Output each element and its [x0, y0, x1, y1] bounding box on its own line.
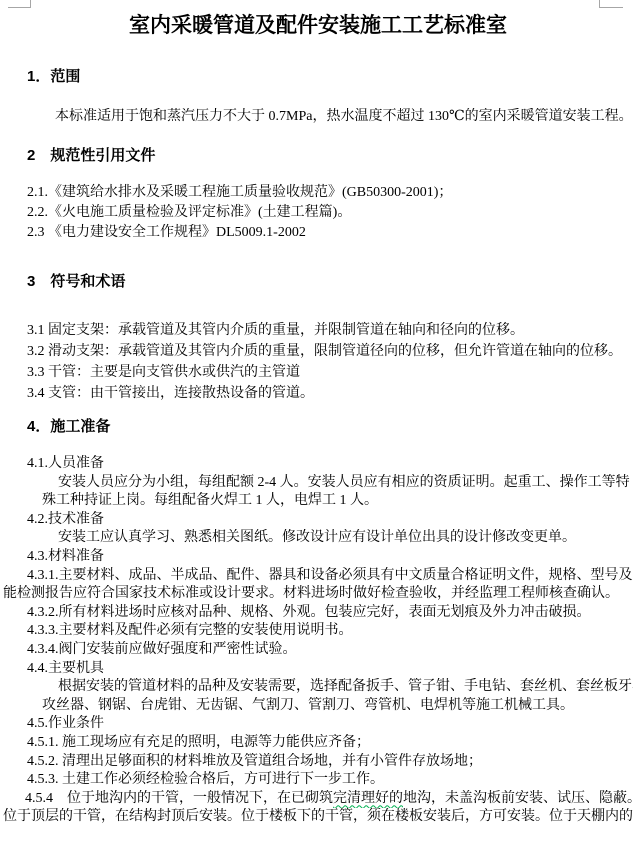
section-2-heading: 2 规范性引用文件	[27, 147, 633, 165]
list-item-4-3: 4.3.材料准备	[27, 548, 633, 567]
section-3-heading: 3 符号和术语	[27, 273, 633, 291]
document-content: 室内采暖管道及配件安装施工工艺标准室 1．范围 本标准适用于饱和蒸汽压力不大于 …	[0, 0, 636, 827]
list-item-4-5-2: 4.5.2. 清理出足够面积的材料堆放及管道组合场地，并有小管件存放场地；	[27, 753, 633, 772]
list-item-4-1: 4.1.人员准备	[27, 455, 633, 474]
term-item: 3.3 干管：主要是向支管供水或供汽的主管道	[27, 362, 633, 383]
section-1-heading: 1．范围	[27, 68, 633, 86]
term-item: 3.4 支管：由干管接出，连接散热设备的管道。	[27, 383, 633, 404]
list-item-4-5-4-text: 4.5.4 位于地沟内的干管，一般情况下，在已砌筑	[25, 791, 333, 806]
paragraph-4-1-line: 殊工种持证上岗。每组配备火焊工 1 人，电焊工 1 人。	[42, 492, 633, 511]
list-item-4-5-4-line: 4.5.4 位于地沟内的干管，一般情况下，在已砌筑完清理好的地沟，未盖沟板前安装…	[25, 790, 633, 809]
list-item-4-5-4-line: 位于顶层的干管，在结构封顶后安装。位于楼板下的干管，须在楼板安装后，方可安装。位…	[3, 808, 633, 827]
list-item-4-3-4: 4.3.4.阀门安装前应做好强度和严密性试验。	[27, 641, 633, 660]
term-item: 3.2 滑动支架：承载管道及其管内介质的重量，限制管道径向的位移，但允许管道在轴…	[27, 341, 633, 362]
section-4-body: 4.1.人员准备 安装人员应分为小组，每组配额 2-4 人。安装人员应有相应的资…	[3, 455, 633, 827]
section-1-body: 本标准适用于饱和蒸汽压力不大于 0.7MPa，热水温度不超过 130℃的室内采暖…	[55, 108, 633, 126]
paragraph-4-1-line: 安装人员应分为小组，每组配额 2-4 人。安装人员应有相应的资质证明。起重工、操…	[58, 474, 633, 493]
section-2-reference-list: 2.1.《建筑给水排水及采暖工程施工质量验收规范》(GB50300-2001)；…	[3, 183, 633, 243]
paragraph-4-4-line: 根据安装的管道材料的品种及安装需要，选择配备扳手、管子钳、手电钻、套丝机、套丝板…	[58, 678, 633, 697]
document-title: 室内采暖管道及配件安装施工工艺标准室	[3, 14, 633, 38]
list-item-4-3-3: 4.3.3.主要材料及配件必须有完整的安装使用说明书。	[27, 622, 633, 641]
section-3-term-list: 3.1 固定支架：承载管道及其管内介质的重量，并限制管道在轴向和径向的位移。 3…	[3, 320, 633, 404]
list-item-4-3-1-line: 4.3.1.主要材料、成品、半成品、配件、器具和设备必须具有中文质量合格证明文件…	[27, 567, 633, 586]
list-item-4-5-4-text: 地沟，未盖沟板前安装、试压、隐蔽。	[403, 791, 633, 806]
list-item-4-2: 4.2.技术准备	[27, 511, 633, 530]
list-item-4-3-1-line: 能检测报告应符合国家技术标准或设计要求。材料进场时做好检查验收，并经监理工程师核…	[3, 585, 633, 604]
reference-item: 2.2.《火电施工质量检验及评定标准》(土建工程篇)。	[27, 203, 633, 223]
reference-item: 2.3 《电力建设安全工作规程》DL5009.1-2002	[27, 223, 633, 243]
reference-item: 2.1.《建筑给水排水及采暖工程施工质量验收规范》(GB50300-2001)；	[27, 183, 633, 203]
paragraph-4-2-line: 安装工应认真学习、熟悉相关图纸。修改设计应有设计单位出具的设计修改变更单。	[58, 529, 633, 548]
paragraph-4-4-line: 攻丝器、钢锯、台虎钳、无齿锯、气割刀、管割刀、弯管机、电焊机等施工机械工具。	[42, 697, 633, 716]
list-item-4-5-1: 4.5.1. 施工现场应有充足的照明，电源等力能供应齐备；	[27, 734, 633, 753]
term-item: 3.1 固定支架：承载管道及其管内介质的重量，并限制管道在轴向和径向的位移。	[27, 320, 633, 341]
list-item-4-3-2: 4.3.2.所有材料进场时应核对品种、规格、外观。包装应完好，表面无划痕及外力冲…	[27, 604, 633, 623]
section-4-heading: 4．施工准备	[27, 418, 633, 436]
list-item-4-5-3: 4.5.3. 土建工作必须经检验合格后，方可进行下一步工作。	[27, 771, 633, 790]
list-item-4-4: 4.4.主要机具	[27, 660, 633, 679]
list-item-4-5: 4.5.作业条件	[27, 715, 633, 734]
document-page: 室内采暖管道及配件安装施工工艺标准室 1．范围 本标准适用于饱和蒸汽压力不大于 …	[0, 0, 636, 841]
grammar-check-flagged-text: 完清理好的	[333, 791, 403, 806]
